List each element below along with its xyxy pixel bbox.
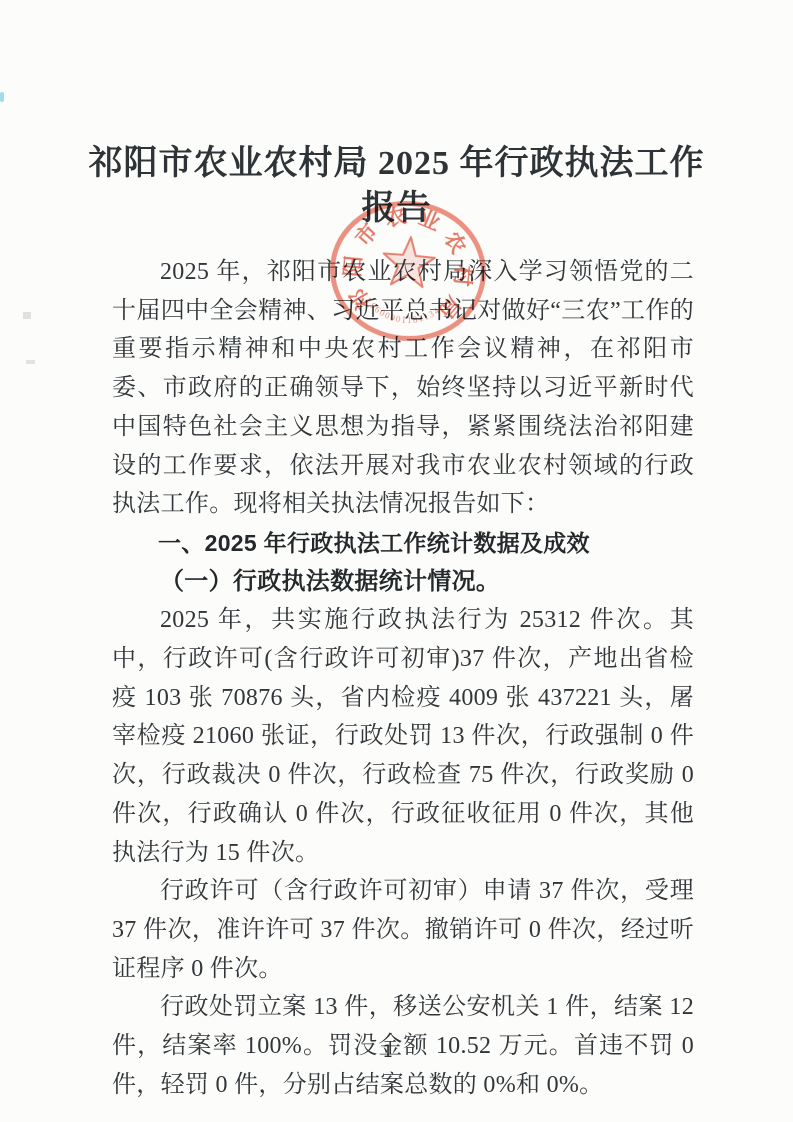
- document-body: 2025 年，祁阳市农业农村局深入学习领悟党的二十届四中全会精神、习近平总书记对…: [112, 253, 694, 1104]
- paragraph-statistics: 2025 年，共实施行政执法行为 25312 件次。其中，行政许可(含行政许可初…: [112, 601, 694, 872]
- page-number: 1: [0, 1042, 775, 1062]
- section-heading-1: 一、2025 年行政执法工作统计数据及成效: [112, 524, 694, 563]
- document-title: 祁阳市农业农村局 2025 年行政执法工作 报告: [0, 0, 793, 231]
- scan-artifact: [23, 312, 31, 319]
- title-line-1: 祁阳市农业农村局 2025 年行政执法工作: [0, 141, 793, 186]
- scan-artifact: [26, 360, 35, 364]
- document-page: 祁阳市农业农村局 2025 年行政执法工作 报告 2025 年，祁阳市农业农村局…: [0, 0, 793, 1122]
- title-line-2: 报告: [0, 186, 793, 231]
- paragraph-intro: 2025 年，祁阳市农业农村局深入学习领悟党的二十届四中全会精神、习近平总书记对…: [112, 253, 694, 524]
- section-heading-1-1: （一）行政执法数据统计情况。: [112, 563, 694, 602]
- paragraph-license: 行政许可（含行政许可初审）申请 37 件次，受理 37 件次，准许许可 37 件…: [112, 872, 694, 988]
